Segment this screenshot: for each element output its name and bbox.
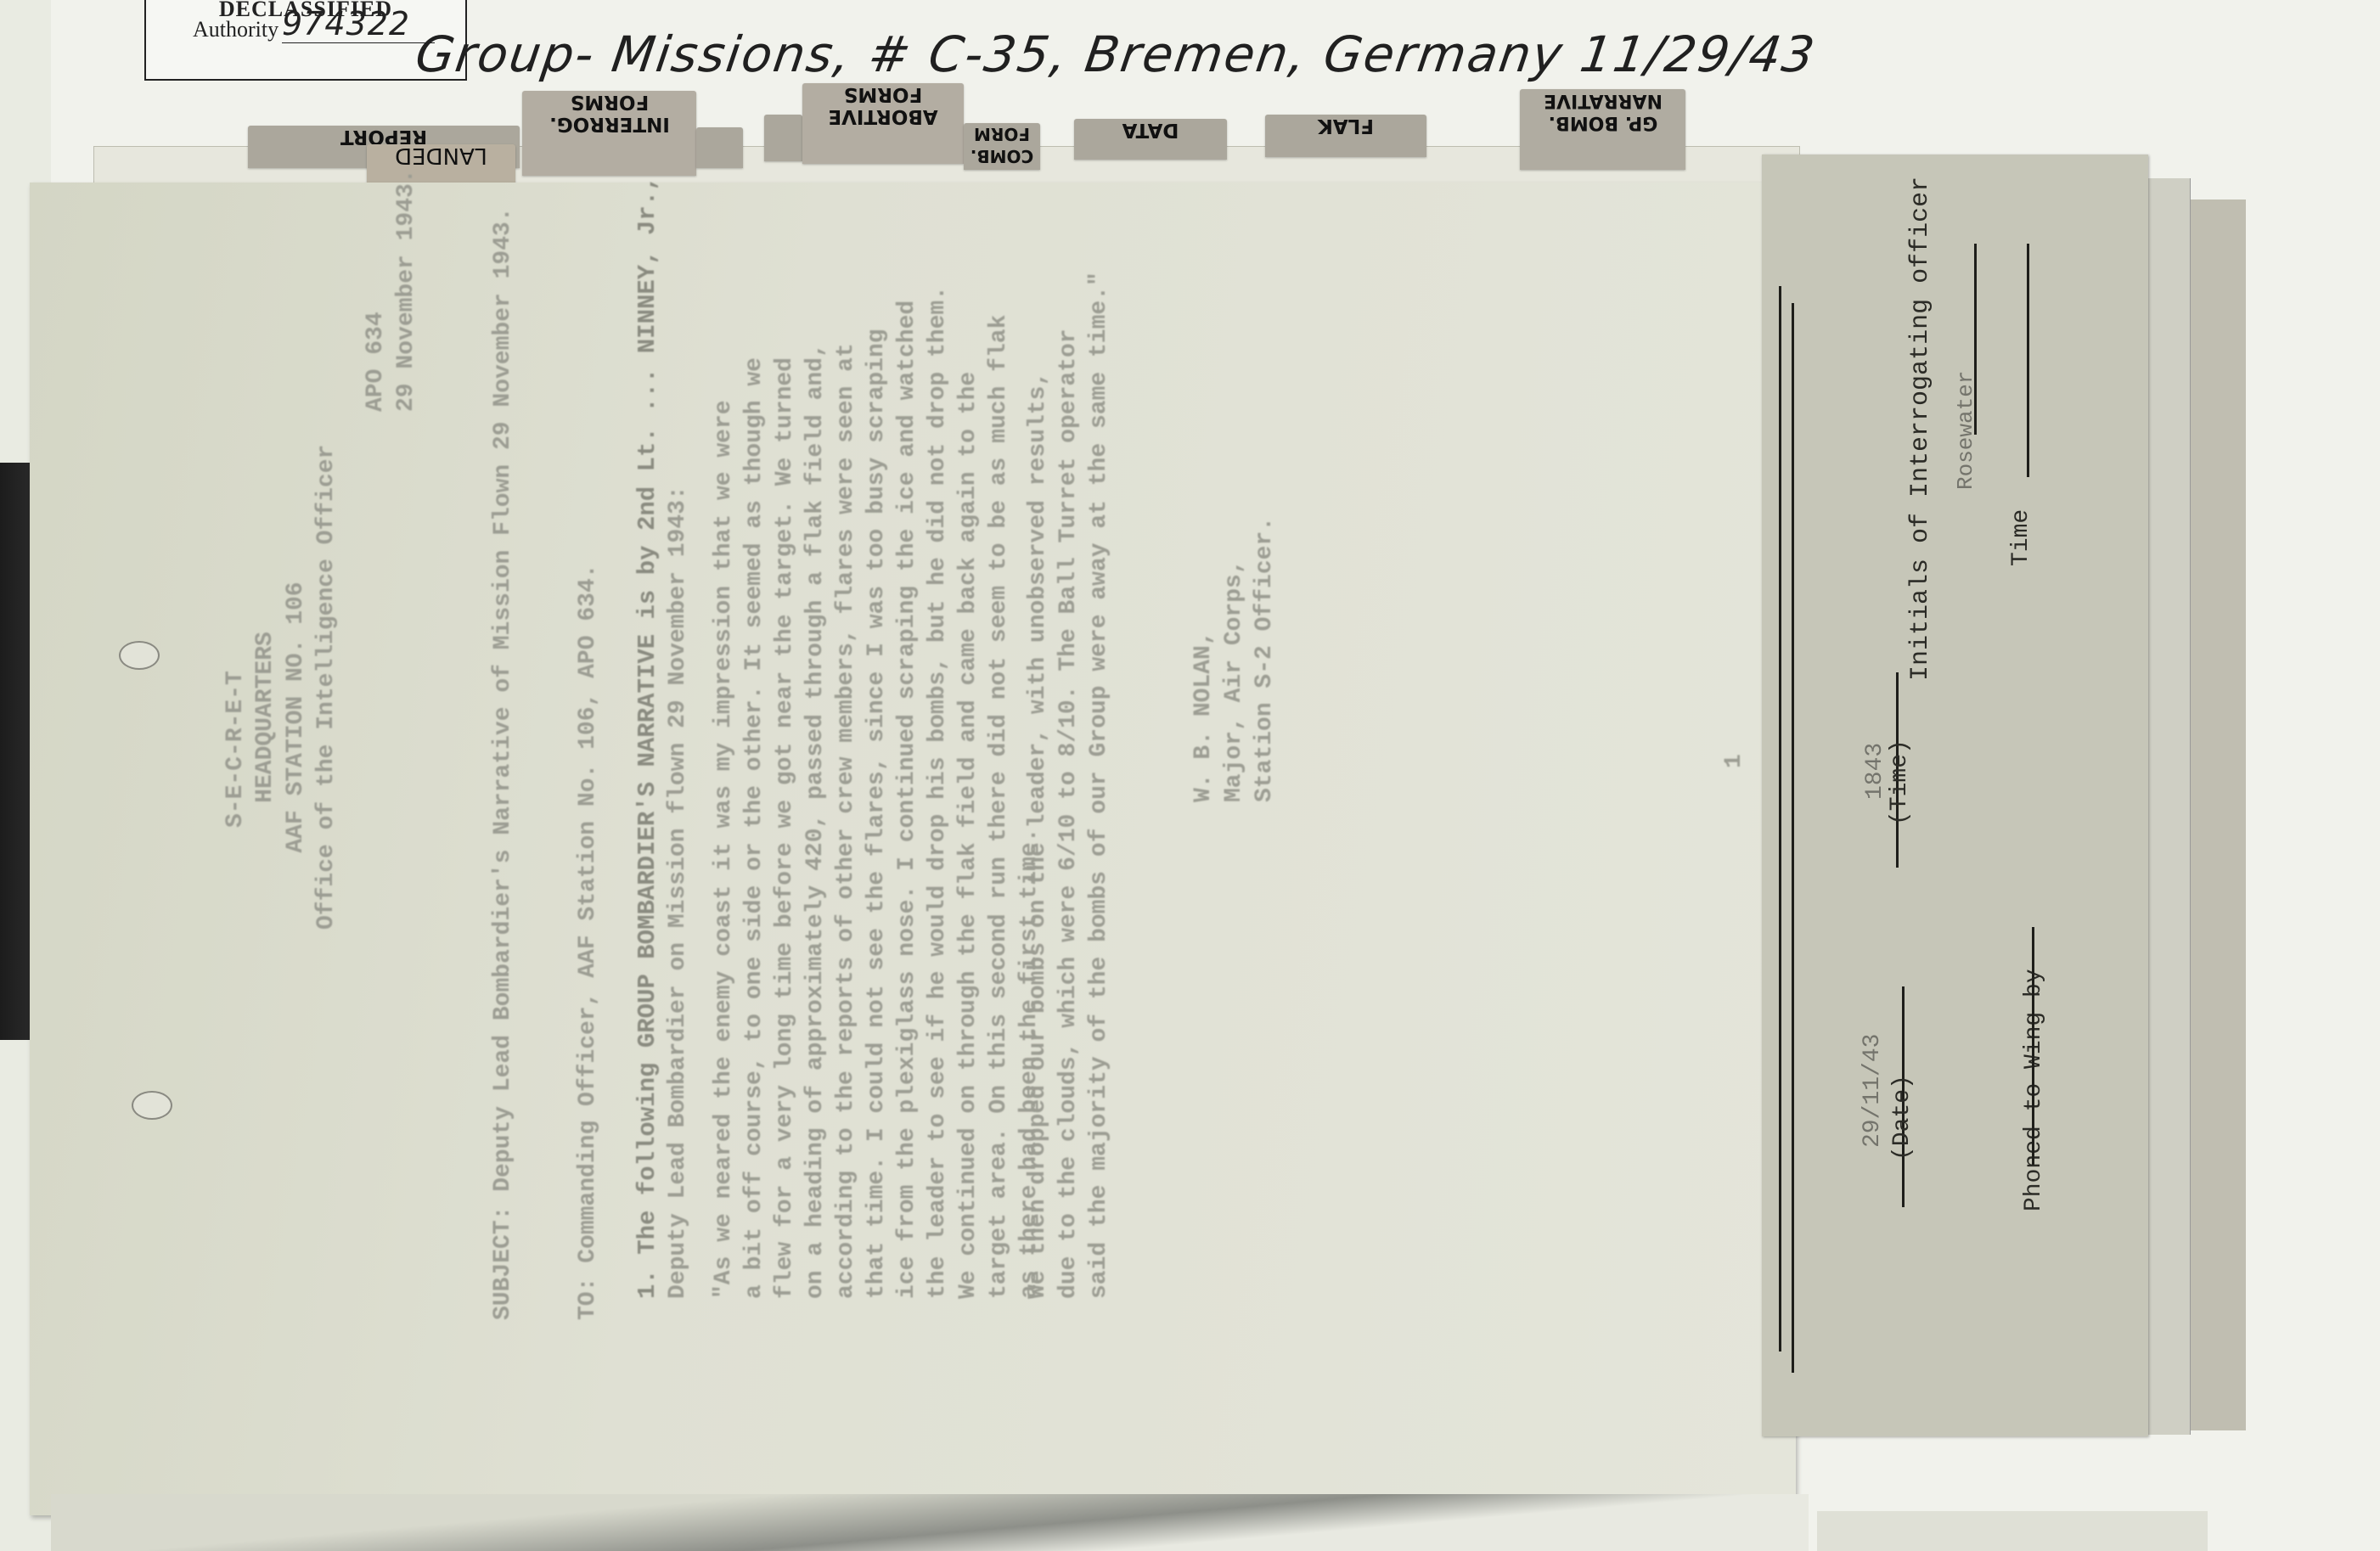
form-rule [1779,286,1781,1352]
interrogation-form-stub: 29/11/43 (Date) 1843 (Time) Initials of … [1762,155,2148,1436]
letterhead: HEADQUARTERS AAF STATION NO. 106 Office … [250,505,342,930]
to-line: TO: Commanding Officer, AAF Station No. … [573,564,604,1320]
text-line: ice from the plexiglass nose. I continue… [892,286,923,1299]
closing-paragraph: We then dropped our bombs on the leader,… [1023,272,1115,1299]
text-line: said the majority of the bombs of our Gr… [1084,272,1115,1299]
initials-underline [1974,244,1977,435]
tab-hidden[interactable] [696,127,743,168]
page-edge-shadow [51,1494,1809,1551]
punch-hole [119,641,160,670]
phoned-underline [2032,927,2034,1165]
text-line: flew for a very long time before we got … [770,286,801,1299]
tab-interrog-forms[interactable]: INTERROG. FORMS [522,91,696,176]
date-value: 29/11/43 [1860,1034,1886,1148]
time-value: 1843 [1862,743,1888,800]
tab-data[interactable]: DATA [1074,119,1227,160]
initials-label: Initials of Interrogating officer [1906,177,1935,681]
tab-flak[interactable]: FLAK [1265,115,1426,157]
time2-label: Time [2008,509,2034,566]
narrative-body: "As we neared the enemy coast it was my … [709,286,1045,1299]
text-line: target area. On this second run there di… [984,286,1015,1299]
time-label: (Time) [1887,739,1913,825]
subject-line: SUBJECT: Deputy Lead Bombardier's Narrat… [488,207,519,1320]
text-line: We then dropped our bombs on the leader,… [1023,272,1054,1299]
text-line: according to the reports of other crew m… [831,286,862,1299]
classification-mark: S-E-C-R-E-T [221,671,251,828]
text-line: on a heading of approximately 420, passe… [801,286,831,1299]
authority-label: Authority [193,17,279,42]
time2-underline [2027,244,2029,477]
narrative-page: S-E-C-R-E-T HEADQUARTERS AAF STATION NO.… [30,183,1796,1515]
authority-number: 974322 [282,5,435,43]
page-number: 1 [1719,754,1750,768]
text-line: the leader to see if he would drop his b… [923,286,954,1299]
paragraph-1: 1. The following GROUP BOMBARDIER'S NARR… [633,176,694,1299]
tab-hidden-2[interactable] [764,115,802,161]
punch-hole [132,1091,172,1120]
date-label: (Date) [1889,1075,1916,1160]
text-line: a bit off course, to one side or the oth… [740,286,770,1299]
text-line: "As we neared the enemy coast it was my … [709,286,740,1299]
text-line: that time. I could not see the flares, s… [862,286,892,1299]
tab-gp-bomb-narrative[interactable]: GP. BOMB. NARRATIVE [1520,89,1685,170]
apo-date: APO 634 29 November 1943. [361,169,422,412]
tab-abortive-forms[interactable]: ABORTIVE FORMS [802,83,964,164]
signature-block: W. B. NOLAN, Major, Air Corps, Station S… [1189,517,1280,802]
page-edge [1817,1511,2208,1551]
text-line: due to the clouds, which were 6/10 to 8/… [1054,272,1084,1299]
handwritten-title: Group- Missions, # C-35, Bremen, Germany… [412,25,1820,83]
text-line: We continued on through the flak field a… [954,286,984,1299]
tab-comb-form[interactable]: COMB. FORM [964,123,1040,170]
form-rule [1792,303,1794,1373]
